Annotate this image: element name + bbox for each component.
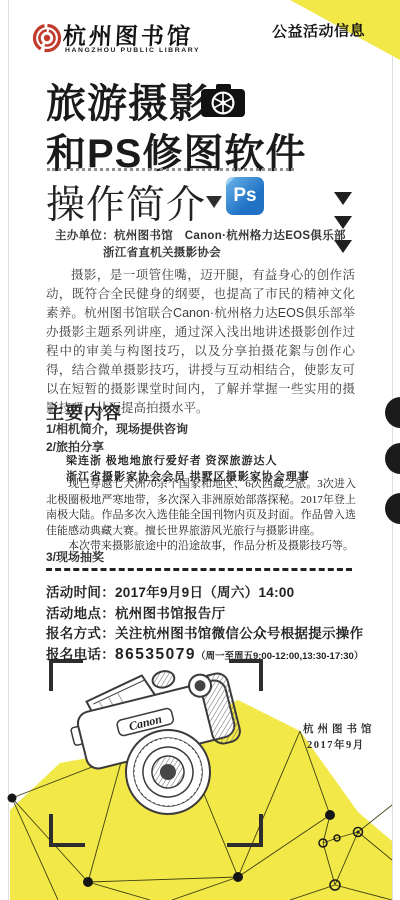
right-dot bbox=[385, 493, 400, 524]
organizer-line2: 浙江省直机关摄影协会 bbox=[103, 244, 221, 260]
speaker-title-1: 梁连浙 极地地旅行爱好者 资深旅游达人 bbox=[66, 452, 278, 468]
content-item-3: 3/现场抽奖 bbox=[46, 548, 104, 565]
frame-bracket-bottom-right bbox=[227, 814, 263, 847]
frame-bracket-top-left bbox=[49, 659, 83, 691]
title-line3: 操作简介 bbox=[46, 174, 206, 230]
aperture-camera-icon bbox=[200, 82, 246, 118]
signup-phone-row: 报名电话：86535079（周一至周五9:00-12:00,13:30-17:3… bbox=[46, 643, 363, 664]
intro-paragraph: 摄影，是一项管住嘴，迈开腿，有益身心的创作活动，既符合全民健身的纲要，也提高了市… bbox=[46, 266, 355, 418]
signup-method-label: 报名方式： bbox=[46, 626, 115, 641]
event-place-label: 活动地点： bbox=[46, 606, 115, 621]
speaker-bio-text: 现已穿越七大洲70余个国家和地区、6次西藏之旅。3次进入北极圈极地严寒地带，多次… bbox=[46, 477, 356, 539]
right-dot bbox=[385, 443, 400, 474]
poster-root: Canon 杭州图书馆 HANGZHOU PUBLIC LIBRARY 公益活动… bbox=[0, 0, 400, 900]
frame-bracket-top-right bbox=[229, 659, 263, 691]
library-name-en: HANGZHOU PUBLIC LIBRARY bbox=[65, 47, 200, 54]
signup-method-row: 报名方式：关注杭州图书馆微信公众号根据提示操作 bbox=[46, 622, 363, 643]
small-triangle-icon bbox=[206, 196, 222, 208]
signup-phone-label: 报名电话： bbox=[46, 647, 115, 662]
title-line1: 旅游摄影 bbox=[46, 72, 210, 129]
event-place-row: 活动地点：杭州图书馆报告厅 bbox=[46, 602, 363, 623]
frame-bracket-bottom-left bbox=[49, 814, 85, 847]
photoshop-icon: Ps bbox=[226, 177, 264, 215]
right-dot bbox=[385, 397, 400, 428]
footer-library: 杭州图书馆 bbox=[303, 721, 376, 736]
organizer-line1: 主办单位：杭州图书馆 Canon·杭州格力达EOS俱乐部 bbox=[55, 227, 346, 243]
down-triangle-icon bbox=[334, 192, 352, 205]
event-time-row: 活动时间：2017年9月9日（周六）14:00 bbox=[46, 581, 363, 602]
event-info: 活动时间：2017年9月9日（周六）14:00 活动地点：杭州图书馆报告厅 报名… bbox=[46, 581, 363, 663]
signup-phone-number: 86535079 bbox=[115, 646, 196, 663]
library-seal-icon bbox=[32, 19, 62, 57]
content-item-1: 1/相机简介，现场提供咨询 bbox=[46, 420, 188, 437]
dashed-divider bbox=[46, 568, 352, 571]
speaker-bio: 现已穿越七大洲70余个国家和地区、6次西藏之旅。3次进入北极圈极地严寒地带，多次… bbox=[46, 477, 356, 555]
signup-phone-hours: （周一至周五9:00-12:00,13:30-17:30） bbox=[196, 651, 363, 662]
title-dotted-divider bbox=[47, 168, 294, 171]
signup-method-value: 关注杭州图书馆微信公众号根据提示操作 bbox=[115, 626, 363, 641]
event-place-value: 杭州图书馆报告厅 bbox=[115, 606, 225, 621]
event-time-label: 活动时间： bbox=[46, 585, 115, 600]
corner-label: 公益活动信息 bbox=[272, 19, 394, 42]
event-time-value: 2017年9月9日（周六）14:00 bbox=[115, 585, 294, 600]
footer-date: 2017年9月 bbox=[307, 737, 365, 752]
